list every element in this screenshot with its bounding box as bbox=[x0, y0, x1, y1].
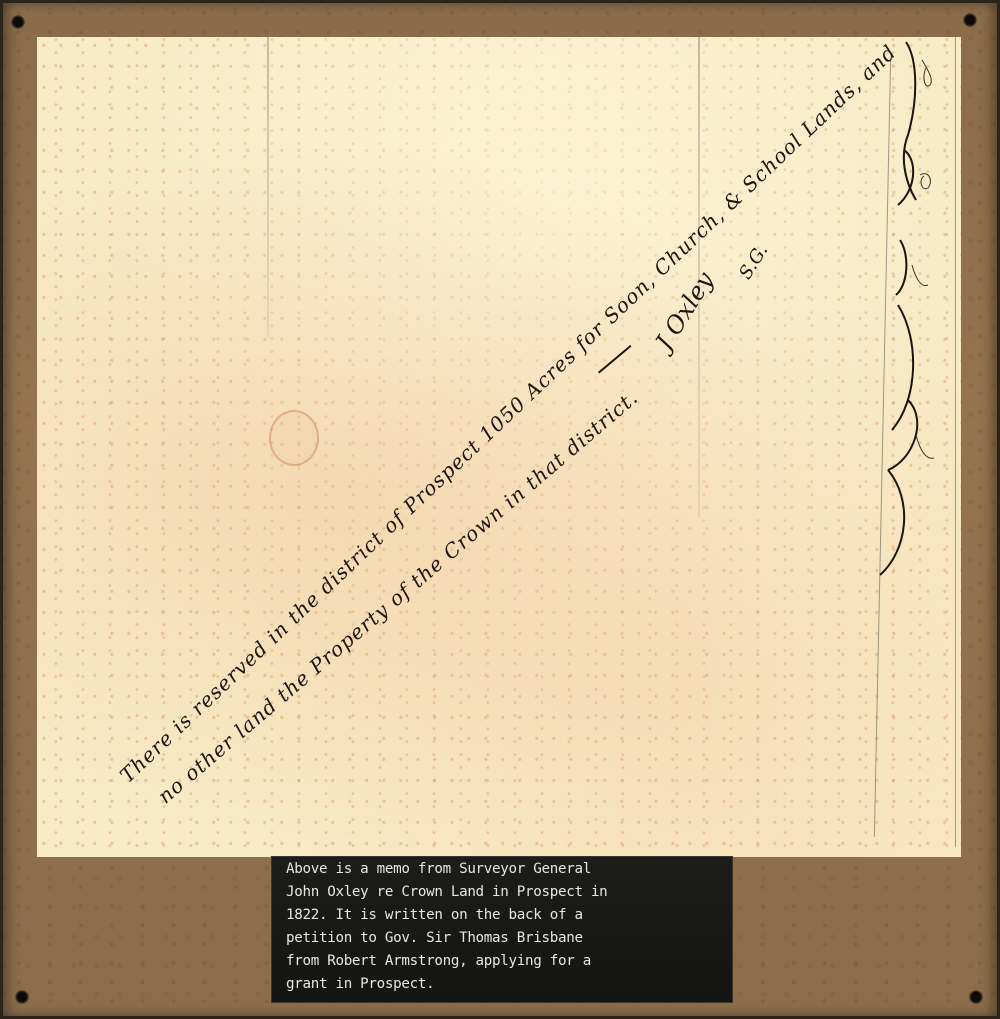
margin-flourish-icon bbox=[878, 40, 948, 580]
caption-line: Above is a memo from Surveyor General bbox=[286, 858, 732, 881]
caption-line: grant in Prospect. bbox=[286, 973, 732, 996]
mounting-hole bbox=[15, 990, 29, 1004]
fold-line bbox=[267, 37, 269, 337]
water-stain bbox=[269, 410, 319, 466]
caption-line: John Oxley re Crown Land in Prospect in bbox=[286, 881, 732, 904]
caption-line: 1822. It is written on the back of a bbox=[286, 904, 732, 927]
caption-line: from Robert Armstrong, applying for a bbox=[286, 950, 732, 973]
caption-line: petition to Gov. Sir Thomas Brisbane bbox=[286, 927, 732, 950]
mounting-hole bbox=[963, 13, 977, 27]
mounting-hole bbox=[11, 15, 25, 29]
backing-board: There is reserved in the district of Pro… bbox=[0, 0, 1000, 1019]
typed-caption-label: Above is a memo from Surveyor General Jo… bbox=[272, 857, 732, 1002]
mounting-hole bbox=[969, 990, 983, 1004]
ruled-margin-line bbox=[955, 37, 956, 847]
